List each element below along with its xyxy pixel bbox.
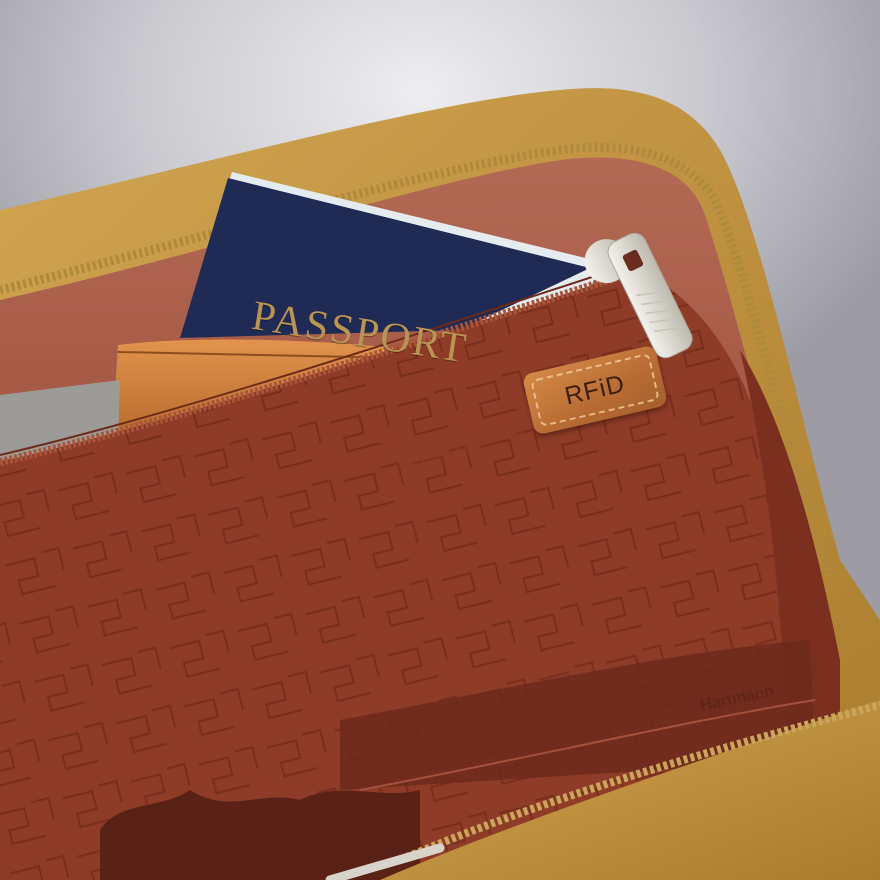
rfid-label: RFiD [562, 369, 628, 411]
photo-scene: PASSPORT RFiD Hartmann Hartmann [0, 0, 880, 880]
